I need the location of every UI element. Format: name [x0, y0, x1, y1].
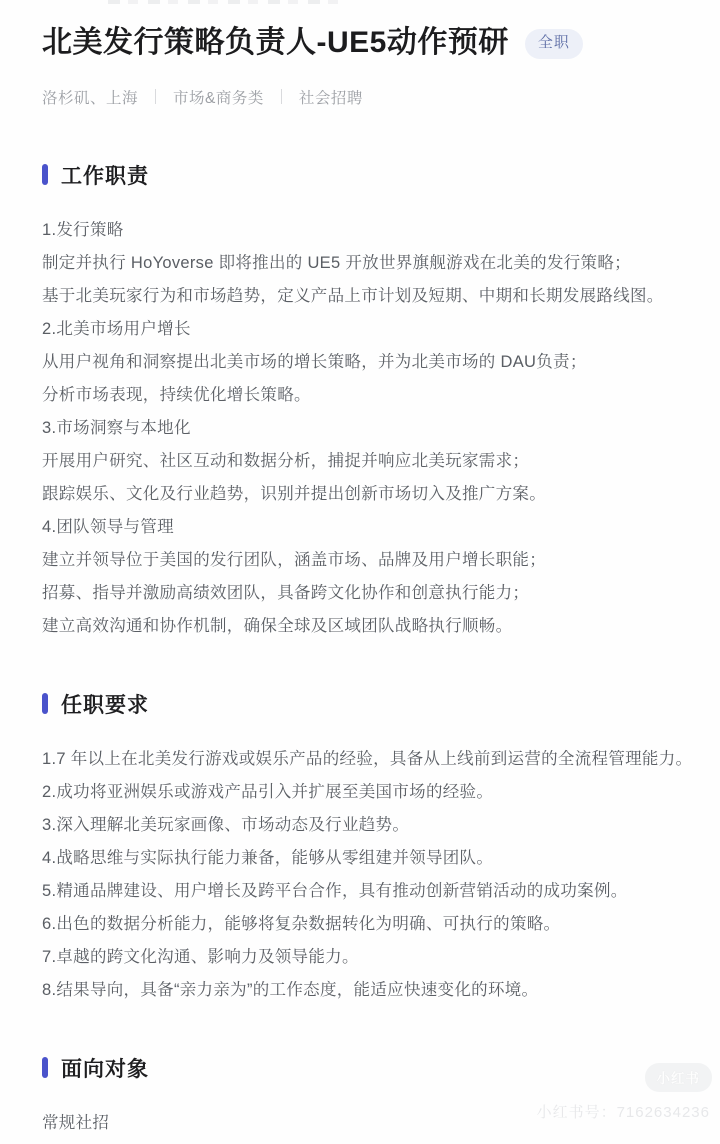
job-meta-bar: 洛杉矶、上海 市场&商务类 社会招聘 — [42, 86, 690, 108]
section-text-line: 6.出色的数据分析能力，能够将复杂数据转化为明确、可执行的策略。 — [42, 908, 690, 941]
section-text-line: 2.北美市场用户增长 — [42, 313, 690, 346]
section-heading: 工作职责 — [42, 160, 690, 190]
job-posting-page: 北美发行策略负责人-UE5动作预研 全职 洛杉矶、上海 市场&商务类 社会招聘 … — [0, 0, 720, 1144]
job-section: 工作职责1.发行策略制定并执行 HoYoverse 即将推出的 UE5 开放世界… — [42, 160, 690, 643]
section-accent-bar-icon — [42, 1057, 48, 1078]
section-text-line: 5.精通品牌建设、用户增长及跨平台合作，具有推动创新营销活动的成功案例。 — [42, 875, 690, 908]
section-heading-text: 面向对象 — [61, 1053, 149, 1083]
section-text-line: 1.7 年以上在北美发行游戏或娱乐产品的经验，具备从上线前到运营的全流程管理能力… — [42, 743, 690, 776]
section-text-line: 7.卓越的跨文化沟通、影响力及领导能力。 — [42, 941, 690, 974]
job-header: 北美发行策略负责人-UE5动作预研 全职 洛杉矶、上海 市场&商务类 社会招聘 — [42, 0, 690, 108]
job-recruit-type: 社会招聘 — [299, 86, 363, 108]
clipped-previous-content — [108, 0, 348, 4]
section-heading-text: 任职要求 — [61, 689, 149, 719]
section-accent-bar-icon — [42, 164, 48, 185]
section-text-line: 2.成功将亚洲娱乐或游戏产品引入并扩展至美国市场的经验。 — [42, 776, 690, 809]
section-text-line: 3.深入理解北美玩家画像、市场动态及行业趋势。 — [42, 809, 690, 842]
section-text-line: 从用户视角和洞察提出北美市场的增长策略，并为北美市场的 DAU负责； — [42, 346, 690, 379]
section-text-line: 4.战略思维与实际执行能力兼备，能够从零组建并领导团队。 — [42, 842, 690, 875]
section-text-line: 制定并执行 HoYoverse 即将推出的 UE5 开放世界旗舰游戏在北美的发行… — [42, 247, 690, 280]
section-text-line: 招募、指导并激励高绩效团队，具备跨文化协作和创意执行能力； — [42, 577, 690, 610]
job-category: 市场&商务类 — [173, 86, 264, 108]
job-section: 面向对象常规社招 — [42, 1053, 690, 1140]
meta-divider — [155, 89, 156, 104]
section-text-line: 8.结果导向，具备“亲力亲为”的工作态度，能适应快速变化的环境。 — [42, 974, 690, 1007]
job-section: 任职要求1.7 年以上在北美发行游戏或娱乐产品的经验，具备从上线前到运营的全流程… — [42, 689, 690, 1007]
job-location: 洛杉矶、上海 — [42, 86, 138, 108]
section-text-line: 分析市场表现，持续优化增长策略。 — [42, 379, 690, 412]
section-heading: 面向对象 — [42, 1053, 690, 1083]
section-text-line: 建立并领导位于美国的发行团队，涵盖市场、品牌及用户增长职能； — [42, 544, 690, 577]
meta-divider — [281, 89, 282, 104]
section-text-line: 4.团队领导与管理 — [42, 511, 690, 544]
section-text-line: 3.市场洞察与本地化 — [42, 412, 690, 445]
section-text-line: 开展用户研究、社区互动和数据分析，捕捉并响应北美玩家需求； — [42, 445, 690, 478]
employment-type-badge: 全职 — [525, 29, 583, 59]
section-text-line: 建立高效沟通和协作机制，确保全球及区域团队战略执行顺畅。 — [42, 610, 690, 643]
section-text-line: 基于北美玩家行为和市场趋势，定义产品上市计划及短期、中期和长期发展路线图。 — [42, 280, 690, 313]
page-title: 北美发行策略负责人-UE5动作预研 全职 — [42, 24, 690, 62]
section-heading-text: 工作职责 — [61, 160, 149, 190]
section-heading: 任职要求 — [42, 689, 690, 719]
job-title-text: 北美发行策略负责人-UE5动作预研 — [42, 24, 509, 62]
section-text-line: 跟踪娱乐、文化及行业趋势，识别并提出创新市场切入及推广方案。 — [42, 478, 690, 511]
section-accent-bar-icon — [42, 693, 48, 714]
section-text-line: 常规社招 — [42, 1107, 690, 1140]
section-text-line: 1.发行策略 — [42, 214, 690, 247]
job-sections: 工作职责1.发行策略制定并执行 HoYoverse 即将推出的 UE5 开放世界… — [42, 160, 690, 1140]
